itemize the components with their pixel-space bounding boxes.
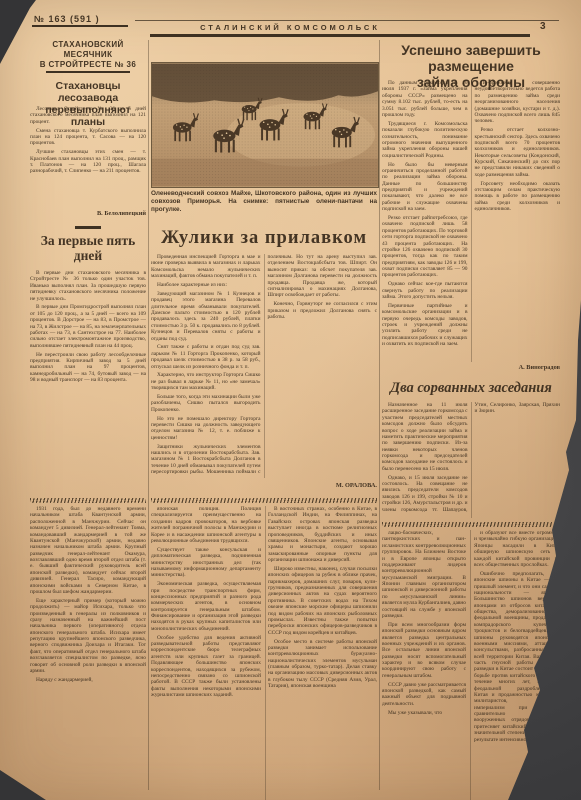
bottom-article-col2: японская полиция. Полиция специализирует… (151, 506, 266, 800)
squiggle-separator (30, 498, 146, 503)
column-rule (379, 40, 380, 790)
paragraph: Наряду с жандармерией, (30, 677, 146, 683)
issue-number: № 163 (591 ) (34, 14, 100, 24)
paragraph: По данным горкомсода на 16 июля 1937 г. … (382, 80, 468, 118)
paragraph: Конечно, Горвнуторг не согласился с этим… (268, 301, 378, 320)
paragraph: Особое место в системе работы японской р… (268, 639, 377, 690)
bottom-article-col3: В восточных странах, особенно в Китае, в… (268, 506, 377, 800)
paragraph: В первые дни стахановского месячника в С… (30, 270, 146, 302)
column-rule (148, 40, 149, 790)
signature-vinogradov: А. Виноградов (470, 364, 566, 371)
article-body-meetings: Назначенное на 11 июля расширенное засед… (382, 402, 560, 518)
section-header-line: В СТРОЙТРЕСТЕ № 36 (30, 60, 146, 70)
article-title-crooks: Жулики за прилавком (151, 228, 377, 249)
left-section-header: СТАХАНОВСКИЙ МЕСЯЧНИК В СТРОЙТРЕСТЕ № 36 (30, 40, 146, 73)
squiggle-separator (382, 522, 560, 527)
section-header-line: СТАХАНОВСКИЙ (30, 40, 146, 50)
paragraph: Заведующий магазином № 1 Кузнецов и прод… (151, 291, 261, 342)
paragraph: Лучшие стахановцы этих смен — т. Красноб… (30, 149, 146, 175)
article-body-loan: По данным горкомсода на 16 июля 1937 г. … (382, 80, 560, 362)
article-title-loan-line1: Успешно завершить размещение (382, 42, 560, 74)
signature-belolipetsky: В. Белолипецкий (30, 210, 152, 217)
squiggle-separator (151, 498, 377, 503)
article-divider (30, 226, 146, 229)
section-header-line: МЕСЯЧНИК (30, 50, 146, 60)
paragraph: Проведенная инспекцией Горторга в мае и … (151, 254, 261, 280)
paragraph: Трудящиеся г. Комсомольска показали глуб… (382, 121, 468, 159)
article-title-meetings: Два сорванных заседания (382, 380, 560, 397)
paragraph: Назначенное на 11 июля расширенное засед… (382, 402, 468, 472)
paragraph: 1931 года, был до недавнего времени нача… (30, 506, 146, 595)
masthead-title: СТАЛИНСКИЙ КОМСОМОЛЬСК (150, 23, 430, 32)
paragraph: В первые дни Промгидрострой выполнял пла… (30, 304, 146, 349)
paragraph: Первичные партийные и комсомольские орга… (382, 303, 468, 348)
header-top-rule (135, 20, 559, 21)
paragraph: Ошибочно предполагать, что японские шпио… (474, 571, 560, 743)
article-body-five-days: В первые дни стахановского месячника в С… (30, 270, 146, 494)
bottom-article-col4: лацко-басмаческих, пантюркистских и пан-… (382, 530, 471, 800)
paragraph: Особое удобство для ведения активной раз… (151, 635, 261, 699)
page-number: 3 (540, 21, 546, 32)
article-body-stakhanovites: Лесозавод Стройтреста № 36 за 5 дней ста… (30, 106, 146, 208)
paragraph: СССР давно уже рассматривается японской … (382, 682, 466, 708)
paragraph: Однако сейчас кое-где пытаются свернуть … (382, 281, 468, 300)
paragraph: Характерно, что инструктор Горторга Сишк… (151, 372, 261, 391)
issue-underline (32, 25, 128, 27)
photo-deer (151, 62, 379, 188)
paragraph: Еще характерный пример (который можно пр… (30, 598, 146, 675)
paragraph: Наиболее характерные из них: (151, 282, 261, 288)
paragraph: Больше того, когда эти махинации были уж… (151, 394, 261, 413)
paragraph: Горсовету необходимо оказать отстающим с… (475, 181, 561, 213)
photo-caption: Оленеводческий совхоз Майхе, Шкотовского… (151, 190, 377, 214)
section-header-underline (46, 71, 130, 73)
paragraph: По-прежнему совершенно неудовлетворитель… (475, 80, 561, 125)
paragraph: Резко отстает колхозно-крестьянский сект… (475, 127, 561, 178)
masthead-rule (150, 34, 530, 37)
paragraph: Снят также с работы и отдан под суд зав.… (151, 344, 261, 370)
paragraph: японская полиция. Полиция специализирует… (151, 506, 261, 544)
article-body-crooks: Проведенная инспекцией Горторга в мае и … (151, 254, 377, 478)
photo-deer-image (152, 63, 378, 187)
bottom-article-col1: 1931 года, был до недавнего времени нача… (30, 506, 146, 800)
paragraph: Широко известны, наконец, случаи посылки… (268, 566, 377, 636)
paragraph: Но это не помешало директору Горторга пе… (151, 416, 261, 442)
paragraph: При всем многообразии форм японской разв… (382, 622, 466, 679)
paragraph: Существует также консульская и дипломати… (151, 547, 261, 579)
paragraph: Смена стахановца т. Курбатского выполнил… (30, 128, 146, 147)
paragraph: Мы уже указывали, что (382, 710, 466, 716)
paragraph: и образуют все вместе огромную и чрезвыч… (474, 530, 560, 568)
bottom-article-col5: и образуют все вместе огромную и чрезвыч… (474, 530, 560, 800)
paragraph: Лесозавод Стройтреста № 36 за 5 дней ста… (30, 106, 146, 125)
paragraph: Не перестроили свою работу лесообделочны… (30, 352, 146, 384)
article-title-five-days: За первые пять дней (30, 234, 146, 264)
paragraph: лацко-басмаческих, пантюркистских и пан-… (382, 530, 466, 619)
paragraph: В восточных странах, особенно в Китае, в… (268, 506, 377, 563)
newspaper-page: № 163 (591 ) СТАЛИНСКИЙ КОМСОМОЛЬСК 3 СТ… (0, 0, 581, 800)
signature-oralova: М. ОРАЛОВА. (264, 482, 383, 489)
paragraph: Экономическая разведка, осуществляемая п… (151, 581, 261, 632)
paragraph: Но было бы неверным ограничиться продела… (382, 162, 468, 213)
paragraph: Резко отстает райпотребсоюз, где охвачен… (382, 215, 468, 279)
